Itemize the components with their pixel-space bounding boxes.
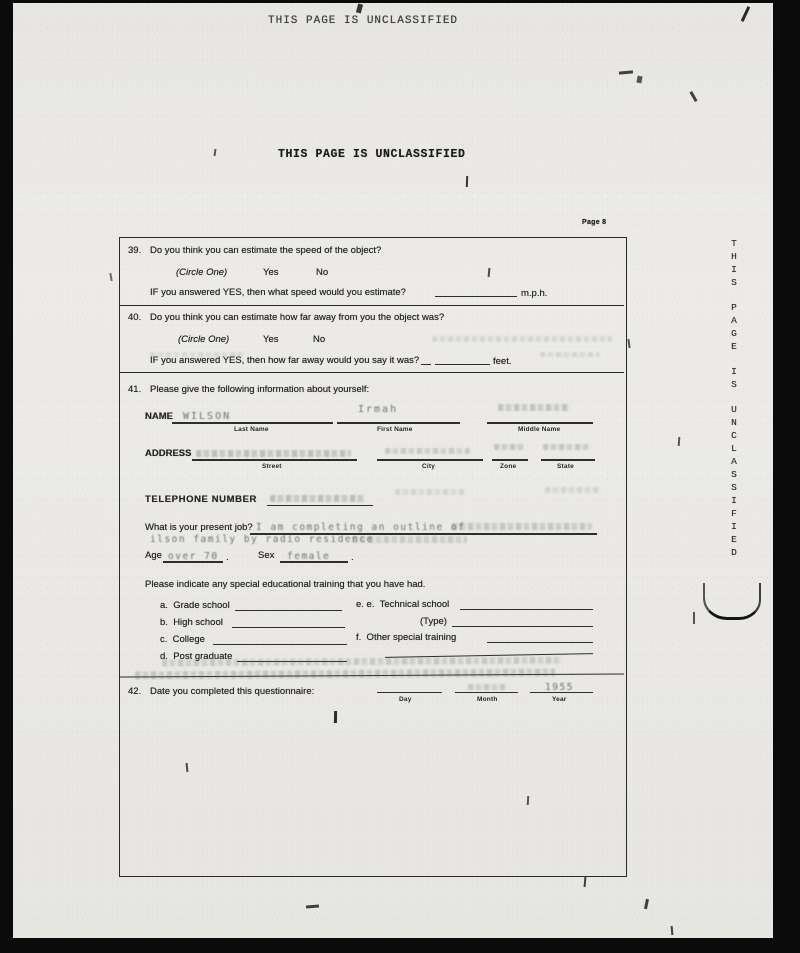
q39-number: 39. xyxy=(128,246,141,256)
edu-high-school-label: b. High school xyxy=(160,618,223,628)
section-divider-40-41 xyxy=(120,372,624,373)
scan-artifact xyxy=(627,339,630,348)
q40-option-yes: Yes xyxy=(263,335,279,345)
scan-artifact xyxy=(693,612,695,624)
scan-artifact xyxy=(689,91,697,102)
edu-type-label: (Type) xyxy=(420,617,447,627)
last-name-entry: WILSON xyxy=(183,411,231,422)
zone-caption: Zone xyxy=(500,463,516,470)
faded-ink-streak xyxy=(395,489,465,495)
telephone-blank xyxy=(267,505,373,506)
q40-circle-one: (Circle One) xyxy=(178,335,229,345)
faded-ink-streak xyxy=(432,336,612,342)
street-entry-illegible xyxy=(196,450,351,457)
telephone-label: TELEPHONE NUMBER xyxy=(145,495,257,505)
city-blank xyxy=(377,459,483,461)
state-caption: State xyxy=(557,463,574,470)
sex-label: Sex xyxy=(258,551,274,561)
q40-followup: IF you answered YES, then how far away w… xyxy=(150,356,419,366)
scan-artifact xyxy=(678,437,681,446)
address-label: ADDRESS xyxy=(145,449,191,459)
q39-option-yes: Yes xyxy=(263,268,279,278)
section-divider-39-40 xyxy=(120,305,624,306)
first-name-blank xyxy=(337,422,460,424)
paperclip-mark xyxy=(703,583,761,620)
q42-day-blank xyxy=(377,692,442,693)
scan-artifact xyxy=(671,926,674,935)
q40-option-no: No xyxy=(313,335,325,345)
city-caption: City xyxy=(422,463,435,470)
job-entry-line1: I am completing an outline of xyxy=(256,522,465,533)
scan-artifact xyxy=(356,4,363,14)
q40-distance-blank2 xyxy=(435,364,490,365)
age-label: Age xyxy=(145,551,162,561)
q42-question: Date you completed this questionnaire: xyxy=(150,687,314,697)
education-intro: Please indicate any special educational … xyxy=(145,580,425,590)
age-entry: over 70 xyxy=(168,551,219,562)
q40-number: 40. xyxy=(128,313,141,323)
faded-ink-streak xyxy=(540,352,600,357)
city-entry-illegible xyxy=(385,448,470,454)
faded-ink-streak xyxy=(150,352,245,357)
q42-month-caption: Month xyxy=(477,696,498,703)
classification-header-top: THIS PAGE IS UNCLASSIFIED xyxy=(268,16,458,27)
middle-name-caption: Middle Name xyxy=(518,426,560,433)
edu-high-school-blank xyxy=(232,627,345,628)
scan-artifact xyxy=(619,70,633,74)
sex-period: . xyxy=(351,553,354,563)
street-blank xyxy=(192,459,357,461)
middle-name-entry-illegible xyxy=(498,404,570,411)
classification-header-middle: THIS PAGE IS UNCLASSIFIED xyxy=(278,149,466,161)
margin-classification: THISPAGEISUNCLASSIFIED xyxy=(727,238,741,572)
scan-artifact xyxy=(584,877,587,887)
scan-artifact xyxy=(306,905,319,909)
q39-speed-blank xyxy=(435,296,517,297)
last-name-caption: Last Name xyxy=(234,426,269,433)
scan-border-left xyxy=(0,0,13,953)
zone-blank xyxy=(492,459,528,461)
scan-border-right xyxy=(773,0,800,953)
q40-unit: feet. xyxy=(493,357,512,367)
month-entry-illegible xyxy=(468,684,506,690)
scan-artifact xyxy=(741,6,750,22)
q41-question: Please give the following information ab… xyxy=(150,385,369,395)
scan-artifact xyxy=(334,711,337,723)
q39-followup: IF you answered YES, then what speed wou… xyxy=(150,288,406,298)
scan-artifact xyxy=(636,76,642,84)
q42-year-caption: Year xyxy=(552,696,567,703)
edu-technical-school-blank xyxy=(460,609,593,610)
q40-question: Do you think you can estimate how far aw… xyxy=(150,313,444,323)
telephone-entry-illegible xyxy=(270,495,365,502)
q39-option-no: No xyxy=(316,268,328,278)
job-entry-illegible2 xyxy=(352,536,467,543)
job-entry-illegible xyxy=(452,523,592,530)
scanned-document-page: THIS PAGE IS UNCLASSIFIED THIS PAGE IS U… xyxy=(0,0,800,953)
middle-name-blank xyxy=(487,422,593,424)
job-entry-line2: ilson family by radio residence xyxy=(150,534,374,545)
edu-grade-school-label: a. Grade school xyxy=(160,601,230,611)
scan-artifact xyxy=(644,899,649,909)
zone-entry-illegible xyxy=(494,444,524,450)
q41-number: 41. xyxy=(128,385,141,395)
q42-day-caption: Day xyxy=(399,696,412,703)
state-entry-illegible xyxy=(543,444,591,450)
year-entry: 1955 xyxy=(545,682,574,693)
q39-circle-one: (Circle One) xyxy=(176,268,227,278)
q42-number: 42. xyxy=(128,687,141,697)
edu-college-label: c. College xyxy=(160,635,205,645)
page-number: Page 8 xyxy=(582,219,606,226)
first-name-entry: Irmah xyxy=(358,404,398,415)
state-blank xyxy=(541,459,595,461)
age-period: . xyxy=(226,553,229,563)
q42-month-blank xyxy=(455,692,518,693)
q39-unit: m.p.h. xyxy=(521,289,547,299)
q40-distance-blank xyxy=(421,364,431,365)
scan-border-top xyxy=(0,0,800,3)
q39-question: Do you think you can estimate the speed … xyxy=(150,246,381,256)
edu-type-blank xyxy=(452,626,593,627)
edu-other-training-label: f. Other special training xyxy=(356,633,456,643)
last-name-blank xyxy=(172,422,333,424)
scan-border-bottom xyxy=(0,938,800,953)
edu-other-training-blank xyxy=(487,642,593,643)
name-label: NAME xyxy=(145,412,173,422)
street-caption: Street xyxy=(262,463,282,470)
job-label: What is your present job? xyxy=(145,523,253,533)
scan-artifact xyxy=(109,273,112,281)
scan-artifact xyxy=(214,149,217,156)
first-name-caption: First Name xyxy=(377,426,413,433)
faded-ink-streak xyxy=(545,487,600,493)
edu-grade-school-blank xyxy=(235,610,342,611)
scan-artifact xyxy=(466,176,468,187)
edu-college-blank xyxy=(213,644,347,645)
sex-entry: female xyxy=(287,551,330,562)
edu-technical-school-label: e. e. Technical school xyxy=(356,600,449,610)
